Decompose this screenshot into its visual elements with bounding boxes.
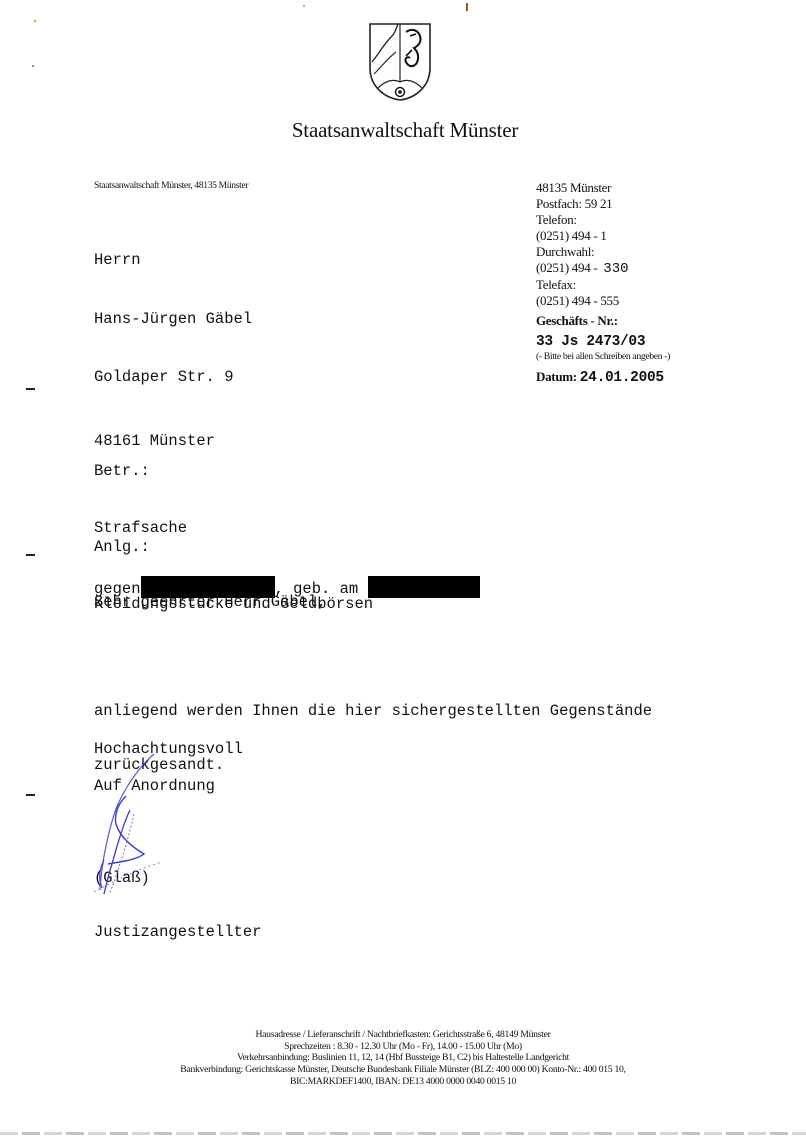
letter-body-line-1: anliegend werden Ihnen die hier sicherge… (94, 702, 652, 720)
footer-address: Hausadresse / Lieferanschrift / Nachtbri… (100, 1029, 706, 1041)
direct-dial-label: Durchwahl: (536, 244, 670, 260)
direct-dial-extension: 330 (603, 261, 628, 277)
direct-dial-prefix: (0251) 494 - (536, 260, 597, 275)
date-row: Datum: 24.01.2005 (536, 369, 670, 387)
date-label: Datum: (536, 369, 577, 384)
reference-label: Geschäfts - Nr.: (536, 313, 670, 329)
fold-mark (26, 794, 35, 796)
nrw-coat-of-arms-icon (366, 22, 434, 102)
reference-number: 33 Js 2473/03 (536, 335, 670, 351)
footer-office-hours: Sprechzeiten : 8.30 - 12.30 Uhr (Mo - Fr… (100, 1041, 706, 1053)
punch-mark (26, 554, 35, 556)
greeting: Sehr geehrter Herr Gäbel, (94, 593, 327, 611)
signer-name: (Glaß) (94, 869, 261, 887)
attachment-label: Anlg.: (94, 538, 373, 557)
scan-speck (34, 20, 36, 22)
footer-bank: Bankverbindung: Gerichtskasse Münster, D… (100, 1064, 706, 1076)
footer-bic-iban: BIC:MARKDEF1400, IBAN: DE13 4000 0000 00… (100, 1076, 706, 1088)
letter-body: anliegend werden Ihnen die hier sicherge… (94, 666, 652, 792)
fax-number: (0251) 494 - 555 (536, 293, 670, 309)
redacted-birthdate (368, 576, 480, 598)
sender-info-block: 48135 Münster Postfach: 59 21 Telefon: (… (536, 180, 670, 387)
recipient-street: Goldaper Str. 9 (94, 368, 252, 388)
return-address-line: Staatsanwaltschaft Münster, 48135 Münste… (94, 180, 248, 191)
footer-transport: Verkehrsanbindung: Buslinien 11, 12, 14 … (100, 1052, 706, 1064)
reference-note: (- Bitte bei allen Schreiben angeben -) (536, 351, 670, 363)
order-note: Auf Anordnung (94, 777, 215, 795)
signer-block: (Glaß) Justizangestellter (94, 833, 261, 959)
letter-body-line-2: zurückgesandt. (94, 756, 652, 774)
recipient-name: Hans-Jürgen Gäbel (94, 310, 252, 330)
scan-speck (32, 65, 34, 67)
direct-dial-number: (0251) 494 - 330 (536, 260, 670, 278)
letter-footer: Hausadresse / Lieferanschrift / Nachtbri… (100, 1029, 706, 1088)
scan-bottom-edge (0, 1132, 806, 1135)
scan-speck (303, 5, 305, 7)
scan-speck (466, 3, 468, 11)
letter-date: 24.01.2005 (580, 370, 664, 386)
recipient-salutation: Herrn (94, 251, 252, 271)
attachment-block: Anlg.: Kleidungsstücke und Geldbörsen (94, 500, 373, 633)
fold-mark (26, 388, 35, 390)
authority-title: Staatsanwaltschaft Münster (230, 118, 580, 143)
fax-label: Telefax: (536, 277, 670, 293)
subject-label: Betr.: (94, 462, 480, 481)
signer-title: Justizangestellter (94, 923, 261, 941)
closing: Hochachtungsvoll (94, 740, 243, 758)
phone-label: Telefon: (536, 212, 670, 228)
sender-postbox: Postfach: 59 21 (536, 196, 670, 212)
phone-number: (0251) 494 - 1 (536, 228, 670, 244)
sender-city: 48135 Münster (536, 180, 670, 196)
